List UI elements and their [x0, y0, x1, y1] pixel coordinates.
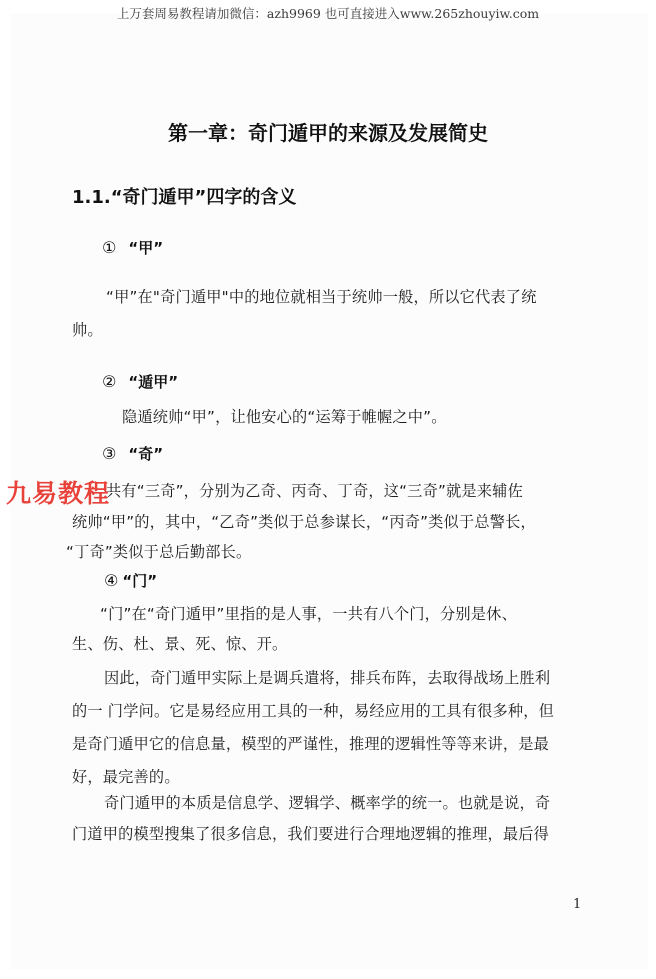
item-heading-text: “甲”: [128, 239, 163, 257]
body-line: 的一 门学问。它是易经应用工具的一种，易经应用的工具有很多种，但: [72, 700, 554, 721]
body-line: 共有“三奇”，分别为乙奇、丙奇、丁奇，这“三奇”就是来辅佐: [106, 480, 523, 501]
body-line: 奇门遁甲的本质是信息学、逻辑学、概率学的统一。也就是说，奇: [104, 792, 550, 813]
item-heading-text: “遁甲”: [128, 373, 178, 391]
body-line: 隐遁统帅“甲”，让他安心的“运筹于帷幄之中”。: [122, 406, 447, 427]
item-heading-1: ①“甲”: [102, 237, 163, 258]
circled-number-3: ③: [102, 444, 116, 463]
brand-watermark-logo: 九易教程: [6, 474, 110, 510]
item-heading-3: ③“奇”: [102, 443, 163, 464]
body-line: 好，最完善的。: [72, 766, 180, 787]
body-line: 因此，奇门遁甲实际上是调兵遣将，排兵布阵，去取得战场上胜利: [104, 667, 550, 688]
header-watermark: 上万套周易教程请加微信：azh9969 也可直接进入www.265zhouyiw…: [0, 4, 656, 22]
item-heading-text: “奇”: [128, 445, 163, 463]
section-title: 1.1.“奇门遁甲”四字的含义: [72, 183, 296, 209]
body-line: “甲”在"奇门遁甲"中的地位就相当于统帅一般，所以它代表了统: [106, 286, 537, 307]
body-line: 门道甲的模型搜集了很多信息，我们要进行合理地逻辑的推理，最后得: [72, 823, 549, 844]
item-heading-2: ②“遁甲”: [102, 371, 178, 392]
body-line: “门”在“奇门遁甲”里指的是人事，一共有八个门，分别是休、: [100, 603, 517, 624]
body-line: 统帅“甲”的，其中，“乙奇”类似于总参谋长，“丙奇”类似于总警长，: [72, 511, 536, 532]
body-line: 生、伤、杜、景、死、惊、开。: [72, 633, 287, 654]
circled-number-1: ①: [102, 238, 116, 257]
circled-number-4: ④: [104, 571, 118, 590]
body-line: “丁奇”类似于总后勤部长。: [66, 541, 251, 562]
circled-number-2: ②: [102, 372, 116, 391]
chapter-title: 第一章：奇门遁甲的来源及发展简史: [0, 117, 656, 146]
page-number: 1: [573, 897, 581, 912]
item-heading-4: ④“门”: [104, 570, 157, 591]
body-line: 是奇门遁甲它的信息量，模型的严谨性，推理的逻辑性等等来讲，是最: [72, 733, 549, 754]
item-heading-text: “门”: [122, 572, 157, 590]
body-line: 帅。: [72, 319, 103, 340]
